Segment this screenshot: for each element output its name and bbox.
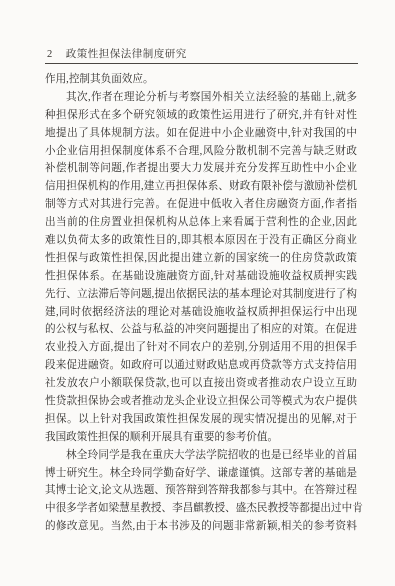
text-line: 的修改意见。当然,由于本书涉及的问题非常新颖,相关的参考资料 — [45, 518, 357, 536]
page-header: 2政策性担保法律制度研究 — [47, 49, 359, 61]
text-line: 我国政策性担保的顺利开展具有重要的参考价值。 — [45, 429, 357, 447]
text-line: 先行、立法滞后等问题,提出依据民法的基本理论对其制度进行了构 — [45, 286, 357, 304]
text-line: 性贷款担保协会或者推动龙头企业设立担保公司等模式为农户提供 — [45, 393, 357, 411]
text-line: 地提出了具体规制方法。如在促进中小企业融资中,针对我国的中 — [45, 125, 357, 143]
text-line: 小企业信用担保制度体系不合理,风险分散机制不完善与缺乏财政 — [45, 143, 357, 161]
text-line: 信用担保机构的作用,建立再担保体系、财政有限补偿与激励补偿机 — [45, 178, 357, 196]
text-line: 性担保体系。在基础设施融资方面,针对基础设施收益权质押实践 — [45, 268, 357, 286]
book-page: 2政策性担保法律制度研究 作用,控制其负面效应。 其次,作者在理论分析与考察国外… — [0, 0, 395, 586]
text-line: 中很多学者如梁慧星教授、李昌麒教授、盛杰民教授等都提出过中肯 — [45, 500, 357, 518]
text-line: 补偿机制等问题,作者提出要大力发展并充分发挥互助性中小企业 — [45, 160, 357, 178]
text-line: 林全玲同学是我在重庆大学法学院招收的也是已经毕业的首届 — [45, 447, 357, 465]
running-title: 政策性担保法律制度研究 — [66, 49, 187, 60]
text-line: 段来促进融资。如政府可以通过财政贴息或再贷款等方式支持信用 — [45, 357, 357, 375]
text-line: 农业投入方面,提出了针对不同农户的差别,分别适用不用的担保手 — [45, 339, 357, 357]
header-rule — [45, 63, 358, 64]
page-number: 2 — [47, 49, 53, 61]
text-line: 性担保与政策性担保,因此提出建立新的国家统一的住房贷款政策 — [45, 250, 357, 268]
text-line: 社发放农户小额联保贷款,也可以直接出资或者推动农户设立互助 — [45, 375, 357, 393]
text-line: 其次,作者在理论分析与考察国外相关立法经验的基础上,就多 — [45, 89, 357, 107]
text-line: 建,同时依据经济法的理论对基础设施收益权质押担保运行中出现 — [45, 304, 357, 322]
text-line: 种担保形式在多个研究领域的政策性运用进行了研究,并有针对性 — [45, 107, 357, 125]
text-line: 难以负荷太多的政策性目的,即其根本原因在于没有正确区分商业 — [45, 232, 357, 250]
text-line: 博士研究生。林全玲同学勤奋好学、谦虚谨慎。这部专著的基础是 — [45, 465, 357, 483]
text-line: 担保。以上针对我国政策性担保发展的现实情况提出的见解,对于 — [45, 411, 357, 429]
text-line: 的公权与私权、公益与私益的冲突问题提出了相应的对策。在促进 — [45, 321, 357, 339]
body-text-block: 作用,控制其负面效应。 其次,作者在理论分析与考察国外相关立法经验的基础上,就多… — [45, 71, 357, 536]
text-line: 其博士论文,论文从选题、预答辩到答辩我都参与其中。在答辩过程 — [45, 482, 357, 500]
text-line: 作用,控制其负面效应。 — [45, 71, 357, 89]
text-line: 制等方式对其进行完善。在促进中低收入者住房融资方面,作者指 — [45, 196, 357, 214]
text-line: 出当前的住房置业担保机构从总体上来看属于营利性的企业,因此 — [45, 214, 357, 232]
